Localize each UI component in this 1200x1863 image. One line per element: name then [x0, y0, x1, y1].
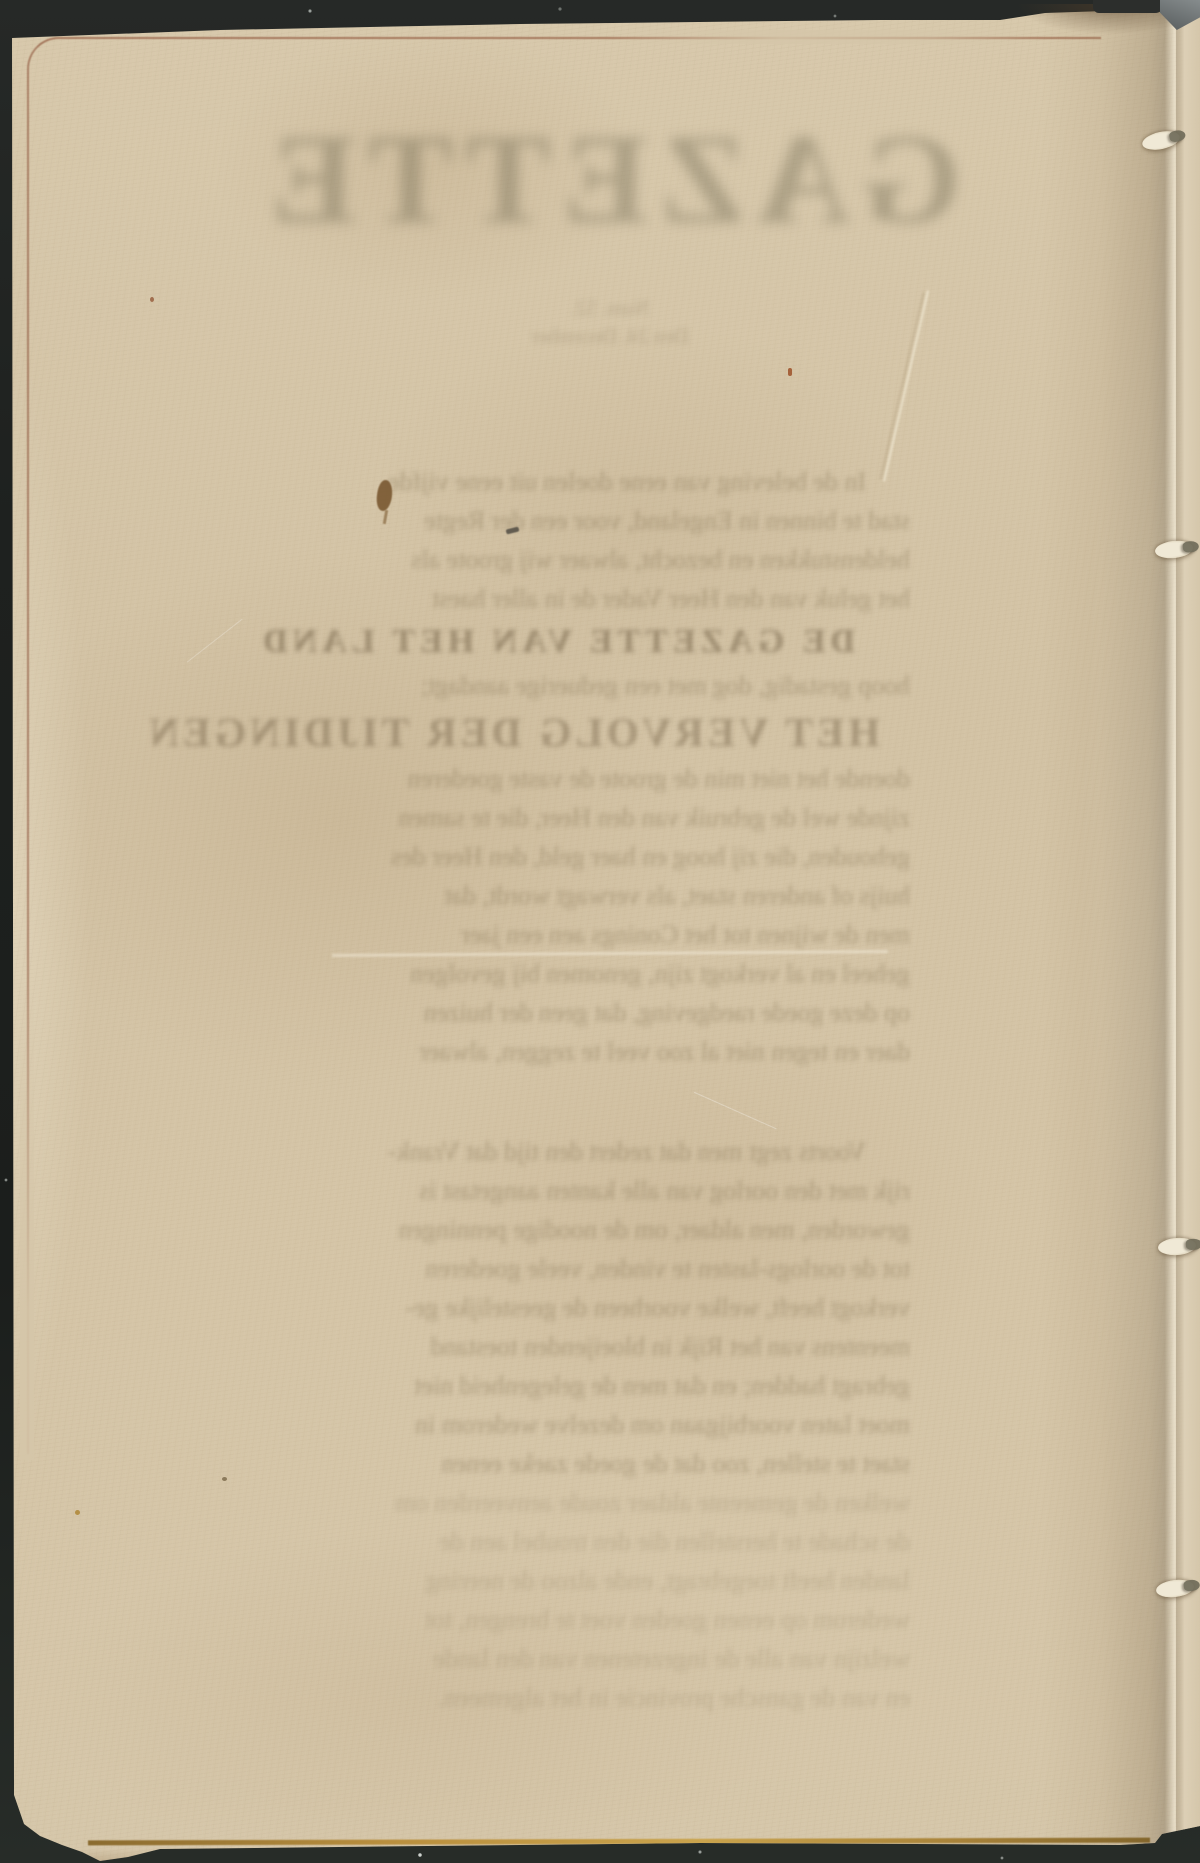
gold-speck — [75, 1510, 80, 1515]
edge-stain-fade-top — [610, 30, 1040, 44]
paper-sheet: GAZETTE Num. 52. Den 24. December In de … — [0, 0, 1200, 1863]
dark-speck — [222, 1477, 227, 1481]
stitch-thread — [1186, 1238, 1200, 1250]
edge-stain-fade-left — [20, 960, 34, 1460]
red-speck — [788, 368, 792, 376]
next-leaf-edge-sliver — [1176, 6, 1200, 1851]
scanned-page-stage: GAZETTE Num. 52. Den 24. December In de … — [0, 0, 1200, 1863]
red-edge-stain-line — [27, 37, 1101, 1454]
binding-tab-dark — [1093, 0, 1165, 13]
red-speck — [150, 297, 154, 302]
